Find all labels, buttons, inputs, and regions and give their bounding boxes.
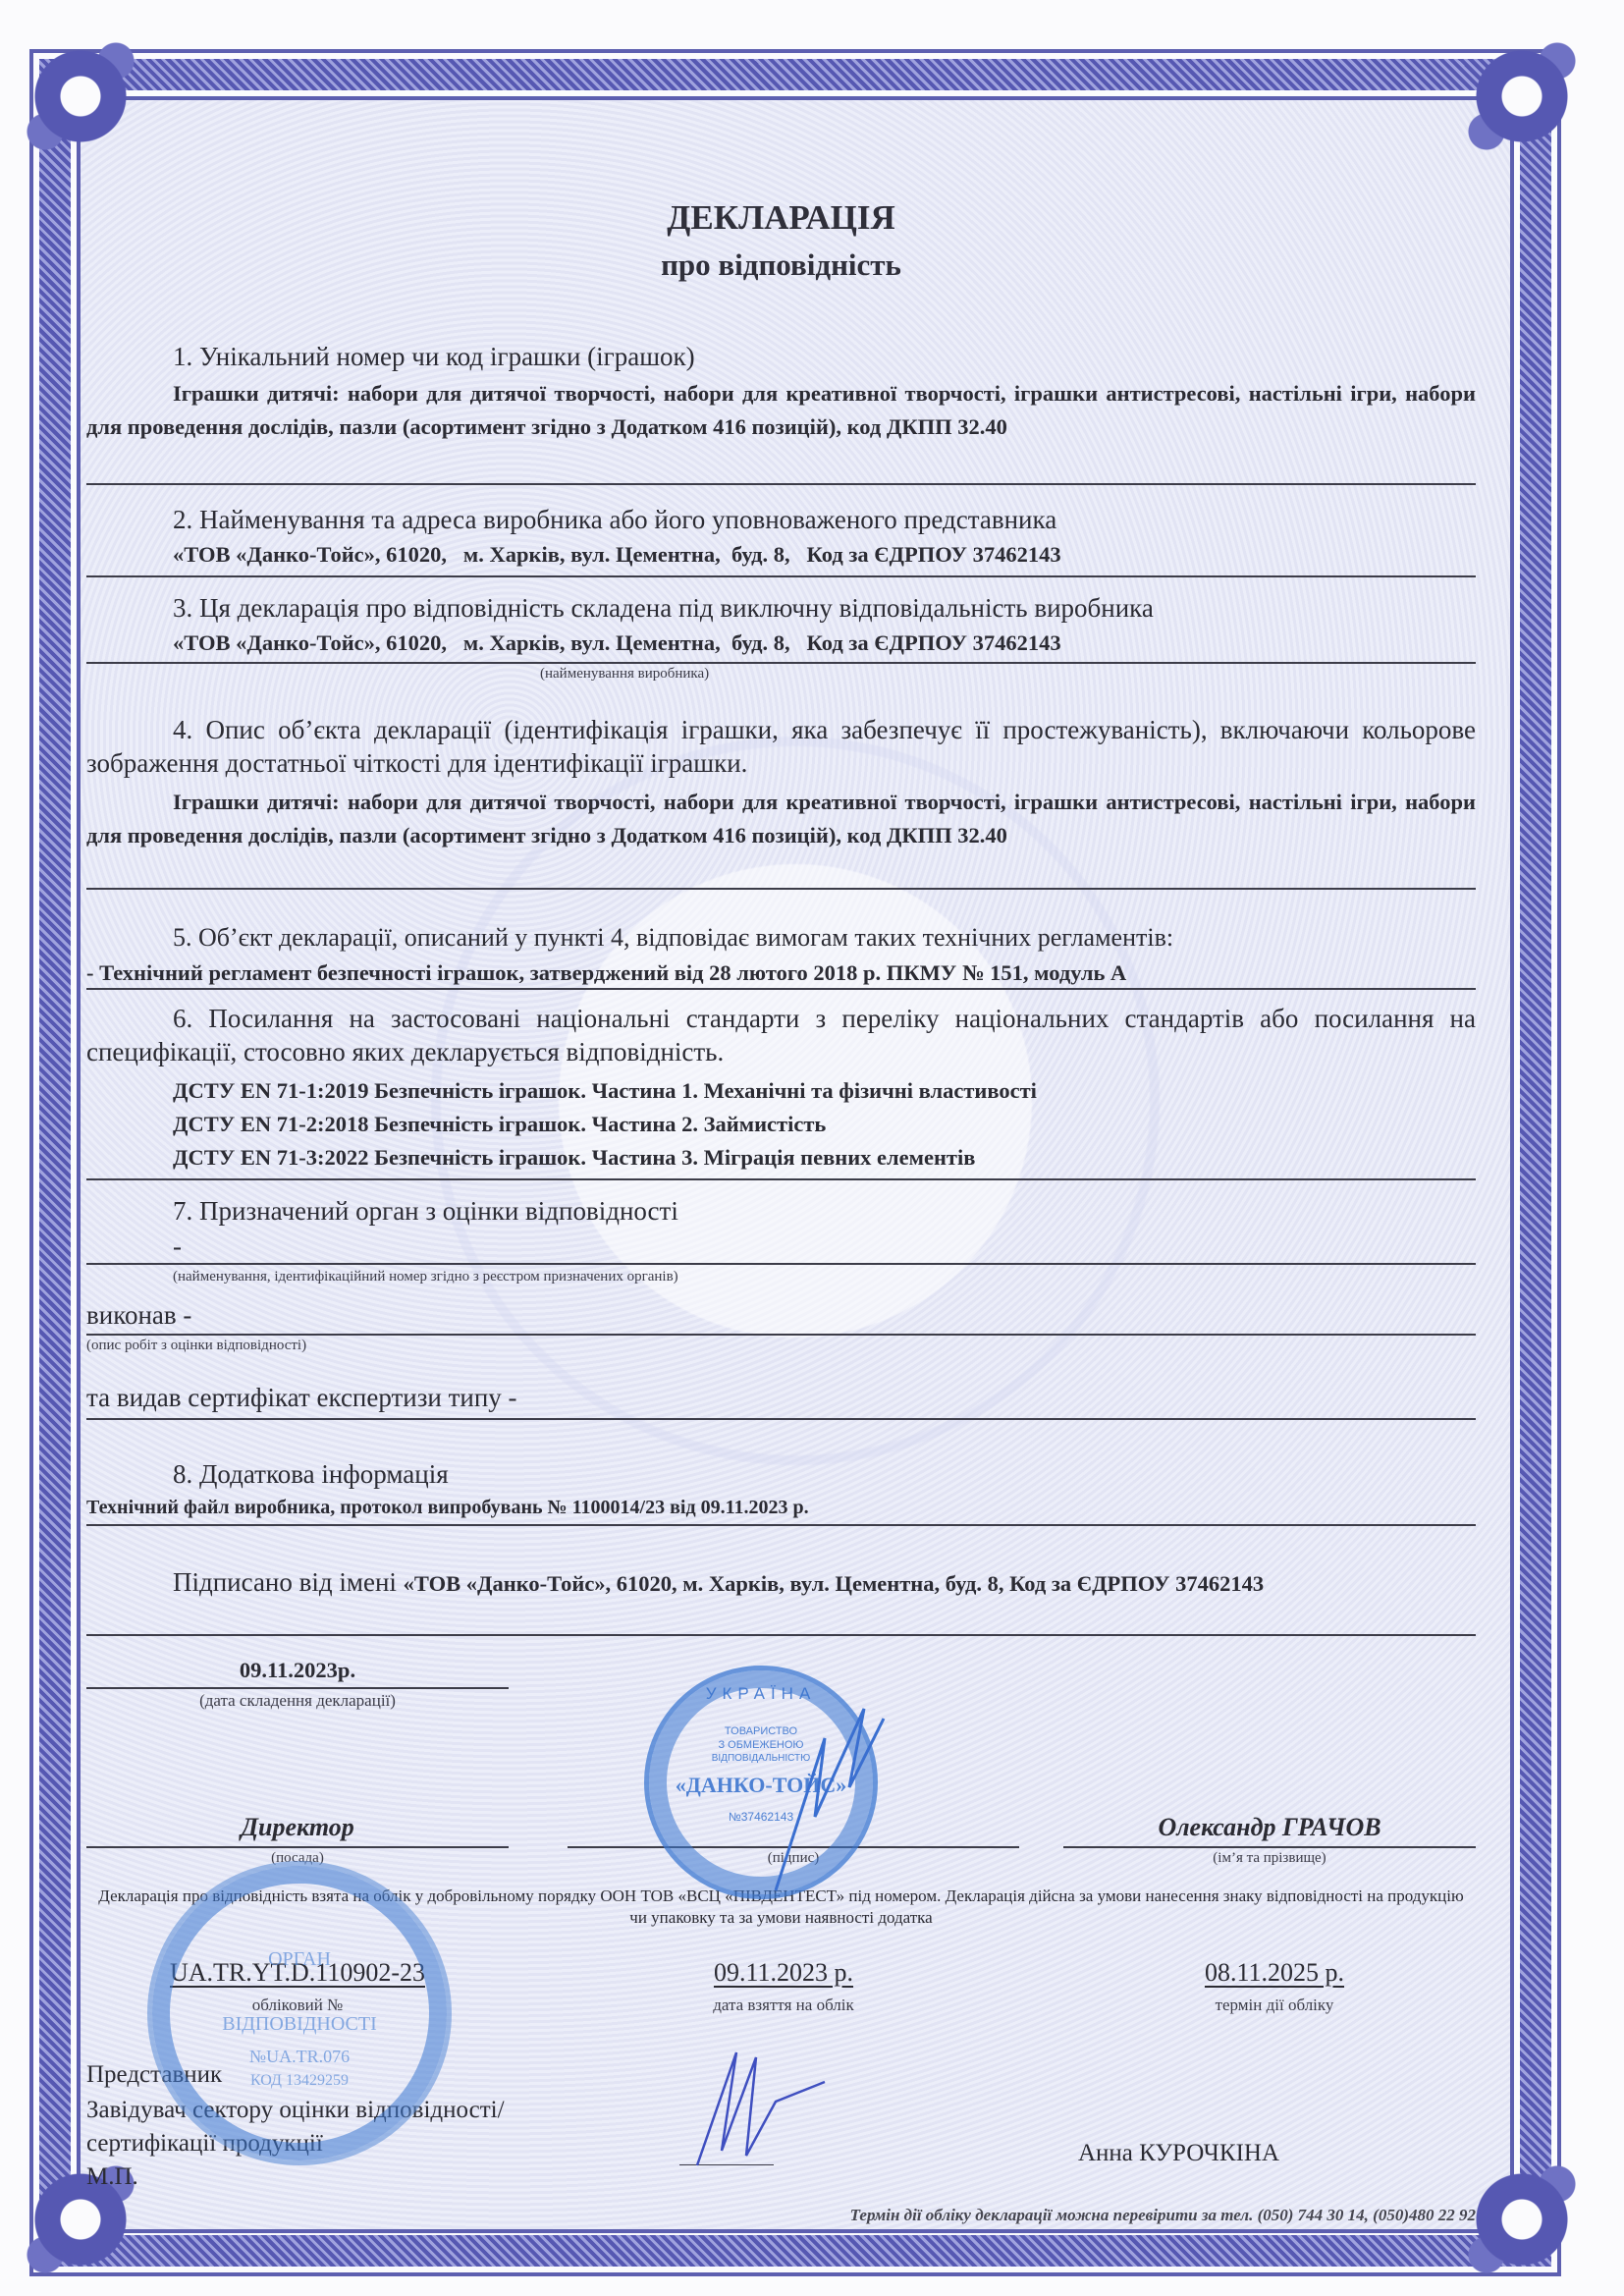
- signed-on-behalf-value: «ТОВ «Данко-Тойс», 61020, м. Харків, вул…: [404, 1571, 1265, 1596]
- representative-name: Анна КУРОЧКІНА: [1078, 2137, 1373, 2170]
- section-7-value: -: [173, 1230, 1562, 1263]
- registration-date-value: 09.11.2023 р.: [714, 1958, 853, 1987]
- divider: [86, 1178, 1476, 1180]
- section-3-heading: 3. Ця декларація про відповідність склад…: [86, 591, 1476, 625]
- divider: [86, 1334, 1476, 1336]
- divider: [86, 1687, 509, 1689]
- ornament-corner-top-right-icon: [1463, 37, 1581, 155]
- document-title: ДЕКЛАРАЦІЯ: [86, 196, 1476, 240]
- section-6-heading: 6. Посилання на застосовані національні …: [86, 1002, 1476, 1068]
- signer-name: Олександр ГРАЧОВ: [1063, 1811, 1476, 1844]
- representative-signature-icon: [677, 2043, 844, 2170]
- divider: [86, 662, 1476, 664]
- authority-stamp: ОРГАН ВІДПОВІДНОСТІ №UA.TR.076 КОД 13429…: [147, 1861, 452, 2165]
- section-1-heading: 1. Унікальний номер чи код іграшки (ігра…: [86, 340, 1476, 373]
- registration-date-caption: дата взяття на облік: [617, 1995, 950, 2015]
- declaration-date-caption: (дата складення декларації): [86, 1691, 509, 1711]
- standard-item: ДСТУ EN 71-1:2019 Безпечність іграшок. Ч…: [173, 1074, 1562, 1108]
- authority-stamp-line4: КОД 13429259: [152, 2072, 447, 2090]
- signer-name-caption: (ім’я та прізвище): [1063, 1850, 1476, 1867]
- authority-stamp-line2: ВІДПОВІДНОСТІ: [152, 2013, 447, 2036]
- ornament-corner-top-left-icon: [22, 37, 139, 155]
- section-2-heading: 2. Найменування та адреса виробника або …: [86, 503, 1476, 536]
- section-4-value: Іграшки дитячі: набори для дитячої творч…: [86, 786, 1476, 852]
- divider: [86, 1634, 1476, 1636]
- registration-date: 09.11.2023 р.: [617, 1958, 950, 1988]
- divider: [86, 575, 1476, 577]
- divider: [86, 483, 1476, 485]
- signed-on-behalf: Підписано від імені «ТОВ «Данко-Тойс», 6…: [86, 1565, 1476, 1601]
- divider: [86, 888, 1476, 890]
- section-7-heading: 7. Призначений орган з оцінки відповідно…: [86, 1194, 1476, 1228]
- ornament-corner-bottom-right-icon: [1463, 2160, 1581, 2278]
- standard-item: ДСТУ EN 71-2:2018 Безпечність іграшок. Ч…: [173, 1108, 1562, 1141]
- divider: [86, 1524, 1476, 1526]
- signed-on-behalf-prefix: Підписано від імені: [173, 1567, 404, 1597]
- valid-until: 08.11.2025 р.: [1117, 1958, 1432, 1988]
- divider: [86, 1846, 509, 1848]
- divider: [86, 988, 1476, 990]
- section-8-heading: 8. Додаткова інформація: [86, 1457, 1476, 1491]
- valid-until-value: 08.11.2025 р.: [1205, 1958, 1344, 1987]
- divider: [1063, 1846, 1476, 1848]
- valid-until-caption: термін дії обліку: [1117, 1995, 1432, 2015]
- document-subtitle: про відповідність: [86, 244, 1476, 287]
- section-4-heading: 4. Опис об’єкта декларації (ідентифікаці…: [86, 713, 1476, 780]
- section-7-caption-works: (опис робіт з оцінки відповідності): [86, 1338, 306, 1354]
- section-2-value: «ТОВ «Данко-Тойс», 61020, м. Харків, вул…: [86, 538, 1476, 572]
- declaration-date: 09.11.2023р.: [86, 1654, 509, 1687]
- authority-stamp-line3: №UA.TR.076: [152, 2047, 447, 2067]
- authority-stamp-line1: ОРГАН: [152, 1948, 447, 1971]
- divider: [86, 1418, 1476, 1420]
- signer-position: Директор: [86, 1811, 509, 1844]
- section-8-value: Технічний файл виробника, протокол випро…: [86, 1491, 1476, 1524]
- section-5-value: - Технічний регламент безпечності іграшо…: [86, 957, 1476, 990]
- section-7-caption-body: (найменування, ідентифікаційний номер зг…: [173, 1269, 678, 1285]
- standard-item: ДСТУ EN 71-3:2022 Безпечність іграшок. Ч…: [173, 1141, 1562, 1175]
- director-signature-icon: [756, 1699, 893, 1895]
- divider: [86, 1263, 1476, 1265]
- section-7-performed: виконав -: [86, 1298, 1476, 1332]
- section-5-heading: 5. Об’єкт декларації, описаний у пункті …: [86, 921, 1476, 955]
- section-3-value: «ТОВ «Данко-Тойс», 61020, м. Харків, вул…: [86, 627, 1476, 660]
- section-3-caption: (найменування виробника): [540, 666, 709, 683]
- section-7-issued: та видав сертифікат експертизи типу -: [86, 1381, 1476, 1414]
- footer-verify-note: Термін дії обліку декларації можна перев…: [86, 2206, 1476, 2225]
- section-1-value: Іграшки дитячі: набори для дитячої творч…: [86, 377, 1476, 444]
